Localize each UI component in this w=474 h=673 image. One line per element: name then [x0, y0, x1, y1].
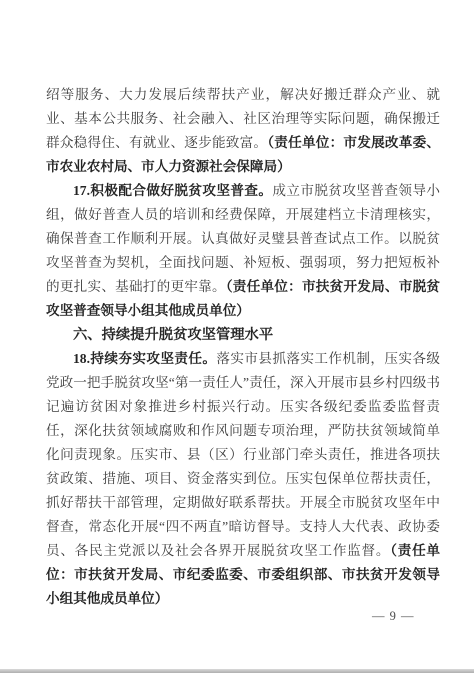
text-run: 成立市脱贫攻坚普查领导小组，做好普查人员的培训和经费保障，开展建档立卡清理核实，… [46, 183, 440, 294]
document-page: 绍等服务、大力发展后续帮扶产业，解决好搬迁群众产业、就业、基本公共服务、社会融入… [0, 0, 474, 673]
bold-text-run: 18.持续夯实攻坚责任。 [73, 351, 216, 366]
page-number: — 9 — [372, 608, 415, 624]
scan-edge-line [0, 669, 474, 673]
document-body: 绍等服务、大力发展后续帮扶产业，解决好搬迁群众产业、就业、基本公共服务、社会融入… [46, 83, 440, 611]
paragraph-continuation: 绍等服务、大力发展后续帮扶产业，解决好搬迁群众产业、就业、基本公共服务、社会融入… [46, 83, 440, 179]
paragraph-item-18: 18.持续夯实攻坚责任。落实市县抓落实工作机制，压实各级党政一把手脱贫攻坚“第一… [46, 347, 440, 611]
paragraph-item-17: 17.积极配合做好脱贫攻坚普查。成立市脱贫攻坚普查领导小组，做好普查人员的培训和… [46, 179, 440, 323]
bold-text-run: 17.积极配合做好脱贫攻坚普查。 [73, 183, 272, 198]
text-run: 落实市县抓落实工作机制，压实各级党政一把手脱贫攻坚“第一责任人”责任，深入开展市… [46, 351, 440, 558]
section-heading-six: 六、持续提升脱贫攻坚管理水平 [46, 323, 440, 347]
